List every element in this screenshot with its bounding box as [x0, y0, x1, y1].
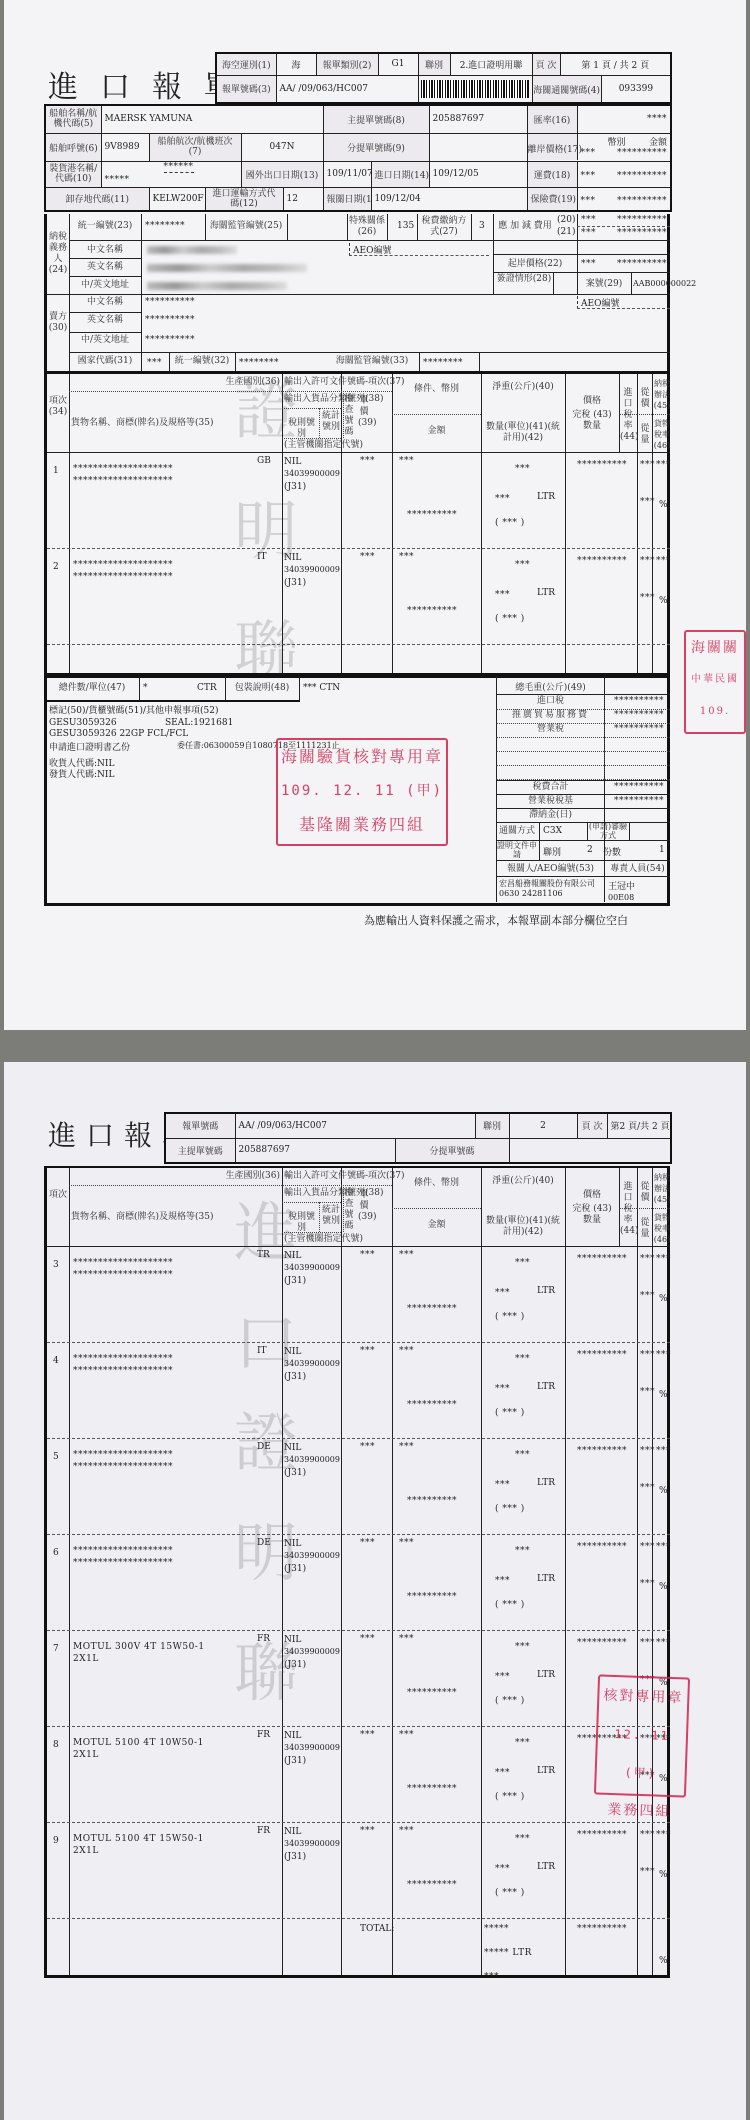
decl-date: 109/12/04	[371, 187, 527, 211]
item-rate-specific: ***	[640, 1291, 655, 1301]
payment-method-label: 稅費繳納方式(27)	[419, 216, 469, 238]
item-unit: LTR	[537, 1286, 555, 1296]
stat-header: 統計號別	[320, 411, 342, 433]
item-amount: **********	[407, 1592, 457, 1602]
net-weight-header: 淨重(公斤)(40)	[483, 1176, 563, 1187]
item-agency-code: (J31)	[284, 1852, 306, 1862]
copy-label: 聯別	[475, 1113, 509, 1138]
visa-label: 簽證情形(28)	[495, 274, 553, 285]
item-currency: ***	[399, 1250, 414, 1260]
item-amount: **********	[407, 1880, 457, 1890]
clearance-mode-label: 通關方式	[497, 826, 537, 837]
divider	[282, 391, 392, 392]
qty-header: 數量(單位)(41)(統計用)(42)	[483, 1216, 563, 1238]
description-header: 貨物名稱、商標(牌名)及規格等(35)	[71, 1212, 214, 1223]
item-terms: ***	[360, 1826, 375, 1836]
decl-date-label: 報關日期(15)	[323, 187, 371, 211]
table-row: 4***************************************…	[47, 1342, 670, 1438]
item-qty: ***	[495, 590, 510, 600]
column-divider	[565, 374, 566, 452]
item-agency-code: (J31)	[284, 482, 306, 492]
item-hs-code: 34039900009	[284, 469, 340, 478]
ad-valorem-header: 從價	[638, 1182, 652, 1204]
item-amount: **********	[407, 1496, 457, 1506]
seller-customs-id: ********	[423, 358, 463, 368]
item-goods-rate: %	[659, 1390, 668, 1400]
item-currency: ***	[399, 1634, 414, 1644]
import-date: 109/12/05	[429, 161, 527, 187]
item-hs-code: 34039900009	[284, 1743, 340, 1752]
clearance-no: 093399	[602, 84, 670, 94]
item-no: 7	[53, 1644, 59, 1654]
item-desc-line1: MOTUL 5100 4T 15W50-1	[73, 1834, 204, 1844]
ad-valorem-header: 從價	[638, 388, 652, 410]
item-hs-code: 34039900009	[284, 1263, 340, 1272]
late-fee-label: 滯納金(日)	[497, 810, 604, 821]
item-price: **********	[577, 1446, 627, 1456]
cert-copy: 2	[587, 845, 593, 855]
divider	[282, 1202, 341, 1203]
seller-uid-label: 統一編號(32)	[171, 356, 233, 367]
table-row: 2***************************************…	[47, 548, 670, 644]
stamp-bottom-text: 基隆關業務四組	[278, 808, 446, 842]
duty-paid-header: 完稅 (43) 數量	[567, 410, 617, 432]
item-stat-qty: ( *** )	[495, 1792, 525, 1802]
item-currency: ***	[399, 1538, 414, 1548]
item-origin: TR	[257, 1250, 270, 1260]
adjustment-label: 應 加 減 費用	[495, 221, 555, 232]
item-no-header: 項次	[47, 1190, 69, 1201]
item-origin: IT	[257, 552, 267, 562]
item-origin: DE	[257, 1442, 271, 1452]
copy-value: 2.進口證明用聯	[450, 53, 532, 75]
item-agency-code: (J31)	[284, 1276, 306, 1286]
item-no: 1	[53, 466, 59, 476]
house-bl-label: 分提單號碼(9)	[323, 133, 429, 161]
sub-code: (21)	[557, 227, 575, 237]
item-hs-code: 34039900009	[284, 1647, 340, 1656]
taxpayer-uid-label: 統一編號(23)	[71, 221, 139, 232]
item-hs-code: 34039900009	[284, 1455, 340, 1464]
amount-header: 金額	[394, 1220, 479, 1231]
item-amount: **********	[407, 1400, 457, 1410]
item-stat-qty: ( *** )	[495, 1696, 525, 1706]
page2-header-table: 報單號碼 AA/ /09/063/HC007 聯別 2 頁 次 第2 頁/共 2…	[164, 1112, 672, 1164]
page-indicator: 第2 頁/共 2 頁	[607, 1113, 671, 1138]
total-qty: ***** LTR	[484, 1948, 532, 1958]
item-net-weight: ***	[515, 1354, 530, 1364]
officer-label: 專責人員(54)	[605, 864, 670, 875]
item-amount: **********	[407, 1784, 457, 1794]
tax-total: **********	[614, 782, 664, 792]
divider	[496, 765, 670, 766]
item-permit: NIL	[284, 1539, 301, 1549]
item-no: 5	[53, 1452, 59, 1462]
seller-country: ***	[147, 358, 162, 368]
item-unit: LTR	[537, 1862, 555, 1872]
broker-name: 宏昌船務報關股份有限公司 0630 24281106	[499, 879, 603, 899]
officer-name: 王冠中	[608, 879, 635, 892]
container-no: GESU3059326	[49, 718, 117, 728]
item-amount: **********	[407, 1304, 457, 1314]
price-header: 價格	[567, 396, 617, 407]
tax-row-label: 進口稅	[497, 696, 604, 707]
item-rate: ***	[640, 1542, 655, 1552]
item-terms: ***	[360, 1250, 375, 1260]
item-net-weight: ***	[515, 1258, 530, 1268]
item-goods-rate: %	[659, 596, 668, 606]
price-header: 價格	[567, 1190, 617, 1201]
cert-count-label: 份數	[603, 845, 621, 858]
page-label: 頁 次	[532, 53, 560, 75]
item-stat-qty: ( *** )	[495, 614, 525, 624]
barcode-cell	[418, 75, 532, 103]
item-permit: NIL	[284, 1731, 301, 1741]
house-bl	[429, 133, 527, 161]
house-bl-label: 分提單號碼	[395, 1138, 509, 1163]
column-divider	[652, 1168, 653, 1246]
barcode	[421, 80, 529, 98]
divider	[637, 414, 670, 415]
cert-count: 1	[659, 845, 665, 855]
item-desc-line1: ********************	[73, 1546, 173, 1556]
item-qty: ***	[495, 1384, 510, 1394]
item-amount: **********	[407, 606, 457, 616]
clearance-no-label: 海關通關號碼(4)	[533, 76, 602, 102]
item-currency: ***	[399, 456, 414, 466]
seller-address-label: 中/英文地址	[71, 335, 139, 346]
tax-method-header: 納稅辦法(45)	[653, 378, 671, 411]
transport-code: 12	[283, 187, 323, 211]
broker-label: 報關人/AEO編號(53)	[497, 864, 604, 875]
page-label: 頁 次	[577, 1113, 607, 1138]
item-terms: ***	[360, 1346, 375, 1356]
item-price: **********	[577, 460, 627, 470]
column-divider	[282, 374, 283, 452]
item-terms: ***	[360, 1442, 375, 1452]
item-net-weight: ***	[515, 560, 530, 570]
terms-header: 條件、幣別	[394, 384, 479, 395]
item-hs-code: 34039900009	[284, 1359, 340, 1368]
item-rate: ***	[640, 460, 655, 470]
container-spec: GESU3059326 22GP FCL/FCL	[49, 729, 188, 739]
items-table-page-2: 項次貨物名稱、商標(牌名)及規格等(35)生產國別(36)輸出入許可文件號碼-項…	[44, 1166, 670, 1978]
duty-paid-header: 完稅 (43) 數量	[567, 1204, 617, 1226]
header-table: 海空運別(1) 海 報單類別(2) G1 聯別 2.進口證明用聯 頁 次 第 1…	[215, 52, 672, 104]
item-desc-line1: ********************	[73, 1354, 173, 1364]
item-amount: **********	[407, 1688, 457, 1698]
qty-header: 數量(單位)(41)(統計用)(42)	[483, 422, 563, 444]
item-unit: LTR	[537, 1670, 555, 1680]
loading-port: *****	[105, 175, 130, 185]
stamp-date: 109. 12. 11	[281, 783, 396, 799]
divider	[282, 1185, 392, 1186]
item-permit: NIL	[284, 1251, 301, 1261]
payment-method: 3	[479, 221, 485, 231]
certificate-request: 申請進口證明書乙份	[49, 740, 130, 753]
page-indicator: 第 1 頁 / 共 2 頁	[560, 53, 671, 75]
freight-label: 運費(18)	[527, 161, 577, 187]
item-qty: ***	[495, 1576, 510, 1586]
item-permit: NIL	[284, 1443, 301, 1453]
taxpayer-zh-name-label: 中文名稱	[71, 245, 139, 256]
add-currency: ***	[581, 215, 596, 225]
column-divider	[481, 1168, 482, 1246]
tax-row-value: **********	[614, 696, 664, 706]
item-price: **********	[577, 1350, 627, 1360]
item-unit: LTR	[537, 1766, 555, 1776]
item-net-weight: ***	[515, 464, 530, 474]
item-rate-specific: ***	[640, 593, 655, 603]
vat-base: **********	[614, 796, 664, 806]
export-date: 109/11/07	[323, 161, 371, 187]
item-desc-line2: ********************	[73, 572, 173, 582]
tax-row-value: **********	[614, 710, 664, 720]
item-qty: ***	[495, 1288, 510, 1298]
item-rate: ***	[640, 1254, 655, 1264]
seller-customs-id-label: 海關監管編號(33)	[327, 356, 417, 367]
item-desc-line2: 2X1L	[73, 1846, 99, 1856]
item-agency-code: (J31)	[284, 1468, 306, 1478]
decl-no: AA/ /09/063/HC007	[235, 1113, 475, 1138]
special-relation: 135	[397, 221, 414, 231]
stamp-mark: (甲)	[406, 783, 443, 799]
storage-code: KELW200F	[149, 187, 205, 211]
item-desc-line1: ********************	[73, 1450, 173, 1460]
item-qty: ***	[495, 1768, 510, 1778]
vessel-name-label: 船舶名稱/航機代碼(5)	[45, 105, 101, 133]
voyage: 047N	[241, 133, 323, 161]
item-stat-qty: ( *** )	[495, 1600, 525, 1610]
seller-section-label: 賣方(30)	[47, 312, 69, 334]
officer-code: 00E08	[608, 893, 634, 902]
seller-uid: ********	[239, 358, 279, 368]
taxpayer-customs-id-label: 海關監管編號(25)	[207, 221, 285, 232]
goods-rate-header: 貨物稅率(46)	[653, 1212, 671, 1245]
item-desc-line1: ********************	[73, 560, 173, 570]
fob-label: 離岸價格(17)	[528, 134, 578, 160]
item-unit: LTR	[537, 1574, 555, 1584]
item-tax-method: ***	[656, 1446, 671, 1456]
item-permit: NIL	[284, 553, 301, 563]
item-agency-code: (J31)	[284, 1372, 306, 1382]
declaration-type: G1	[378, 53, 418, 75]
master-bl-label: 主提單號碼	[165, 1138, 235, 1163]
divider	[496, 751, 670, 752]
terms-header: 條件、幣別	[394, 1178, 479, 1189]
item-no: 4	[53, 1356, 59, 1366]
master-bl-label: 主提單號碼(8)	[323, 105, 429, 133]
currency-label: 幣別	[608, 135, 626, 148]
insurance-amount: **********	[617, 196, 667, 206]
storage-label: 卸存地代碼(11)	[45, 187, 149, 211]
packages-count: *	[143, 683, 148, 693]
item-desc-line2: ********************	[73, 1558, 173, 1568]
item-desc-line2: ********************	[73, 476, 173, 486]
item-origin: GB	[257, 456, 271, 466]
special-relation-label: 特殊關係(26)	[349, 216, 385, 238]
callsign-label: 船舶呼號(6)	[45, 133, 101, 161]
column-divider	[69, 1168, 70, 1246]
fob-amount: **********	[617, 148, 667, 158]
item-agency-code: (J31)	[284, 1564, 306, 1574]
item-tax-method: ***	[656, 1350, 671, 1360]
item-origin: FR	[257, 1730, 270, 1740]
column-divider	[652, 374, 653, 452]
cert-copy-label: 聯別	[543, 845, 561, 858]
item-stat-qty: ( *** )	[495, 1504, 525, 1514]
total-net-weight: *****	[484, 1924, 509, 1934]
item-terms: ***	[360, 1634, 375, 1644]
item-permit: NIL	[284, 1635, 301, 1645]
item-permit: NIL	[284, 457, 301, 467]
item-price: **********	[577, 1830, 627, 1840]
add-amount: **********	[617, 215, 667, 225]
column-divider	[481, 374, 482, 452]
sub-currency: ***	[581, 228, 596, 238]
add-code: (20)	[557, 215, 575, 225]
item-permit: NIL	[284, 1827, 301, 1837]
item-currency: ***	[399, 1442, 414, 1452]
item-tax-method: ***	[656, 1830, 671, 1840]
permit-header: 輸出入許可文件號碼-項次(37)	[284, 1171, 405, 1182]
transport-mode-label: 海空運別(1)	[216, 53, 276, 75]
inspect-header: 檢查號碼	[344, 394, 354, 438]
insurance-currency: ***	[581, 196, 596, 206]
packing-desc: *** CTN	[303, 683, 340, 693]
item-origin: FR	[257, 1634, 270, 1644]
item-desc-line2: 2X1L	[73, 1654, 99, 1664]
item-net-weight: ***	[515, 1738, 530, 1748]
item-hs-code: 34039900009	[284, 565, 340, 574]
stamp-top-text: 海關驗貨核對專用章	[278, 740, 446, 774]
stamp-bottom-text: 業務四組	[595, 1790, 684, 1831]
cert-request-label: 證明文件申請	[497, 841, 537, 859]
row-divider	[47, 644, 670, 645]
net-weight-header: 淨重(公斤)(40)	[483, 382, 563, 393]
divider	[496, 779, 670, 780]
seller-zh-name: **********	[145, 297, 195, 307]
item-terms: ***	[360, 552, 375, 562]
item-permit: NIL	[284, 1347, 301, 1357]
item-price: **********	[577, 1254, 627, 1264]
item-rate: ***	[640, 1350, 655, 1360]
item-rate: ***	[640, 1446, 655, 1456]
decl-no: AA/ /09/063/HC007	[276, 75, 418, 103]
item-no: 3	[53, 1260, 59, 1270]
item-origin: FR	[257, 1826, 270, 1836]
item-desc-line2: ********************	[73, 1366, 173, 1376]
exchange-label: 匯率(16)	[527, 105, 577, 133]
item-unit: LTR	[537, 1382, 555, 1392]
divider	[69, 1185, 282, 1186]
item-net-weight: ***	[515, 1642, 530, 1652]
origin-header: 生產國別(36)	[207, 1171, 280, 1182]
item-goods-rate: %	[659, 1582, 668, 1592]
customs-stamp-edge: 海關關中華民國 109.基隆關	[684, 630, 746, 734]
decl-no-label: 報單號碼	[165, 1113, 235, 1138]
redacted-text	[147, 246, 237, 254]
seller-en-name: **********	[145, 315, 195, 325]
item-terms: ***	[360, 1538, 375, 1548]
transport-code-label: 進口運輸方式代碼(12)	[205, 187, 283, 211]
declaration-page-1: 進口報單 證 明 聯 海空運別(1) 海 報單類別(2) G1 聯別 2.進口證…	[4, 0, 746, 1030]
duty-rate-header: 進口稅率(44)	[620, 388, 636, 443]
seal-no: SEAL:1921681	[165, 718, 233, 728]
taxpayer-en-name-label: 英文名稱	[71, 262, 139, 273]
declaration-type-label: 報單類別(2)	[316, 53, 378, 75]
table-row: 8MOTUL 5100 4T 10W50-12X1LFRNIL340399000…	[47, 1726, 670, 1822]
item-net-weight: ***	[515, 1834, 530, 1844]
copy-label: 聯別	[418, 53, 450, 75]
divider	[496, 737, 670, 738]
vessel-name: MAERSK YAMUNA	[101, 105, 323, 133]
tax-total-label: 稅費合計	[497, 782, 604, 793]
item-agency-code: (J31)	[284, 1756, 306, 1766]
item-tax-method: ***	[656, 1638, 671, 1648]
item-net-weight: ***	[515, 1450, 530, 1460]
goods-rate-header: 貨物稅率(46)	[653, 418, 671, 451]
customs-stamp: 核對專用章 12. 11 (甲) 業務四組	[594, 1674, 690, 1797]
item-rate-specific: ***	[640, 1867, 655, 1877]
privacy-footnote: 為應輸出人資料保護之需求，本報單副本部分欄位空白	[364, 912, 628, 928]
item-desc-line1: MOTUL 300V 4T 15W50-1	[73, 1642, 205, 1652]
table-row: 1***************************************…	[47, 452, 670, 548]
redacted-text	[147, 264, 307, 272]
items-table-page-1: 項次(34)貨物名稱、商標(牌名)及規格等(35)生產國別(36)輸出入許可文件…	[44, 374, 670, 676]
item-hs-code: 34039900009	[284, 1551, 340, 1560]
sub-amount: **********	[617, 228, 667, 238]
loading-port-code: ******	[164, 162, 194, 173]
item-goods-rate: %	[659, 500, 668, 510]
table-row: 6***************************************…	[47, 1534, 670, 1630]
duty-rate-header: 進口稅率(44)	[620, 1182, 636, 1237]
export-date-label: 國外出口日期(13)	[241, 161, 323, 187]
customs-stamp: 海關驗貨核對專用章 109. 12. 11 (甲) 基隆關業務四組	[276, 738, 448, 846]
cif-label: 起岸價格(22)	[495, 259, 575, 270]
item-agency-code: (J31)	[284, 578, 306, 588]
item-qty: ***	[495, 1480, 510, 1490]
total-row: TOTAL:********** LTR*************%	[47, 1918, 670, 2014]
specific-header: 從量	[638, 1218, 652, 1240]
table-row: 5***************************************…	[47, 1438, 670, 1534]
cif-amount: **********	[617, 259, 667, 269]
unit-price-header: 單價(39)	[358, 396, 370, 429]
origin-header: 生產國別(36)	[207, 377, 280, 388]
item-rate-specific: ***	[640, 497, 655, 507]
item-goods-rate: %	[659, 1294, 668, 1304]
tax-row-value: **********	[614, 724, 664, 734]
tariff-header: 稅則號別	[284, 418, 319, 440]
item-price: **********	[577, 1638, 627, 1648]
cif-currency: ***	[581, 259, 596, 269]
item-qty: ***	[495, 1864, 510, 1874]
item-desc-line2: ********************	[73, 1462, 173, 1472]
item-amount: **********	[407, 510, 457, 520]
item-stat-qty: ( *** )	[495, 1408, 525, 1418]
item-unit: LTR	[537, 492, 555, 502]
redacted-text	[147, 282, 287, 290]
case-no-label: 案號(29)	[579, 279, 629, 290]
stamp-mark: (甲)	[624, 1765, 657, 1780]
total-goods-rate: %	[659, 1956, 668, 1966]
master-bl: 205887697	[429, 105, 527, 133]
case-no: AAB000000022	[633, 279, 696, 288]
table-row: 3***************************************…	[47, 1246, 670, 1342]
item-unit: LTR	[537, 1478, 555, 1488]
item-origin: IT	[257, 1346, 267, 1356]
seller-zh-name-label: 中文名稱	[71, 297, 139, 308]
